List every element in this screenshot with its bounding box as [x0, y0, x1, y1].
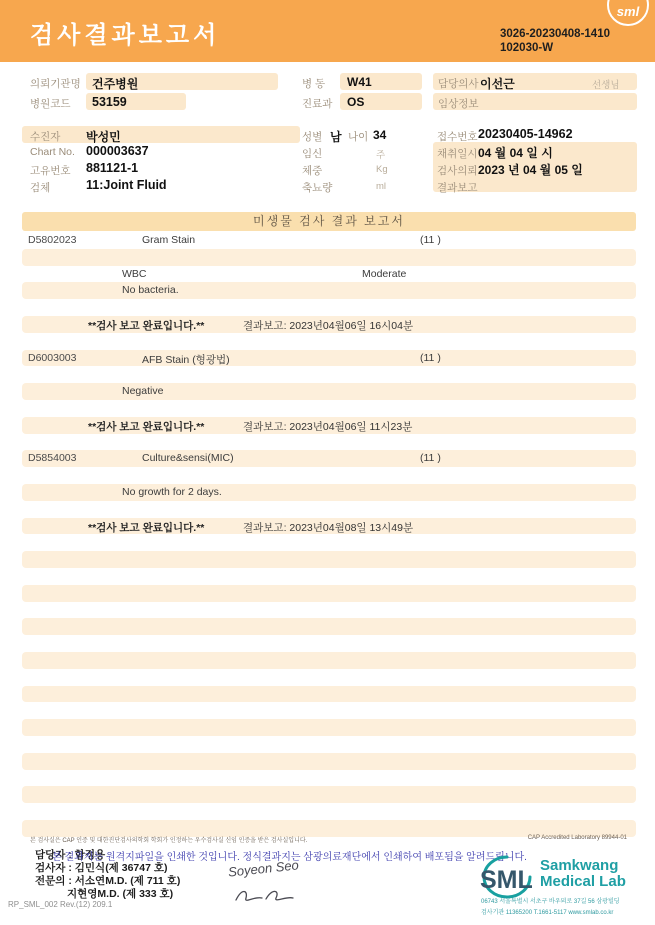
microbiology-report-table: 미생물 검사 결과 보고서 D5802023Gram Stain(11 )WBC… — [22, 212, 636, 837]
sml-address: 06743 서울특별시 서초구 바우뫼로 37길 56 삼광빌딩 — [481, 896, 620, 905]
test-name: Culture&sensi(MIC) — [142, 452, 234, 464]
report-datetime: 결과보고: 2023년04월08일 13시49분 — [243, 520, 413, 535]
table-row: **검사 보고 완료입니다.**결과보고: 2023년04월06일 16시04분 — [22, 316, 636, 333]
table-row: WBCModerate — [22, 266, 636, 283]
table-row — [22, 249, 636, 266]
patient-label: 수진자 — [30, 129, 60, 144]
patient-value: 박성민 — [86, 128, 121, 145]
complete-message: **검사 보고 완료입니다.** — [88, 318, 204, 333]
weight-label: 체중 — [302, 163, 322, 178]
result-text: No bacteria. — [122, 284, 179, 296]
sml-contact: 검사기관 11365200 T.1661-5117 www.smlab.co.k… — [481, 907, 613, 916]
table-row — [22, 770, 636, 787]
test-name: Gram Stain — [142, 234, 195, 246]
chart-value: 000003637 — [86, 144, 149, 158]
specimen-value: 11:Joint Fluid — [86, 178, 167, 192]
hosp-code-value: 53159 — [92, 95, 127, 109]
table-row — [22, 400, 636, 417]
table-row — [22, 702, 636, 719]
document-number-line1: 3026-20230408-1410 — [500, 27, 610, 41]
complete-message: **검사 보고 완료입니다.** — [88, 419, 204, 434]
table-row — [22, 551, 636, 568]
test-code: D5802023 — [28, 234, 76, 246]
cap-accreditation-text: 본 검사실은 CAP 인증 및 대한진단검사의학회 학회가 인정하는 우수검사실… — [30, 835, 307, 844]
table-row — [22, 753, 636, 770]
complete-message: **검사 보고 완료입니다.** — [88, 520, 204, 535]
sml-circle-icon: sml — [607, 0, 649, 26]
signature-scribble-icon — [232, 886, 296, 906]
table-row: D6003003AFB Stain (형광법)(11 ) — [22, 350, 636, 367]
table-row — [22, 618, 636, 635]
sex-value: 남 — [330, 128, 342, 145]
sml-lab-name-line1: Samkwang — [540, 858, 626, 874]
report-datetime: 결과보고: 2023년04월06일 11시23분 — [243, 419, 412, 434]
table-row — [22, 803, 636, 820]
clinical-label: 임상정보 — [438, 96, 479, 111]
table-row — [22, 585, 636, 602]
patient-band — [22, 126, 300, 143]
org-label: 의뢰기관명 — [30, 76, 81, 91]
table-row — [22, 501, 636, 518]
table-row — [22, 635, 636, 652]
pregnancy-unit: 주 — [376, 147, 385, 161]
table-row — [22, 467, 636, 484]
uid-value: 881121-1 — [86, 161, 138, 175]
table-row: **검사 보고 완료입니다.**결과보고: 2023년04월08일 13시49분 — [22, 518, 636, 535]
hosp-code-label: 병원코드 — [30, 96, 71, 111]
chart-label: Chart No. — [30, 146, 75, 158]
specimen-label: 검체 — [30, 180, 50, 195]
urine-unit: ml — [376, 181, 386, 192]
table-row: **검사 보고 완료입니다.**결과보고: 2023년04월06일 11시23분 — [22, 417, 636, 434]
table-row — [22, 366, 636, 383]
table-row — [22, 434, 636, 451]
age-value: 34 — [373, 128, 386, 142]
table-row: No bacteria. — [22, 282, 636, 299]
result-text: WBC — [122, 268, 147, 280]
age-label: 나이 — [348, 129, 368, 144]
report-date-label: 결과보고 — [437, 180, 478, 195]
table-row — [22, 686, 636, 703]
table-row — [22, 333, 636, 350]
form-code: RP_SML_002 Rev.(12) 209.1 — [8, 900, 112, 909]
table-row — [22, 299, 636, 316]
pregnancy-label: 임신 — [302, 146, 322, 161]
document-number: 3026-20230408-1410 102030-W — [500, 27, 610, 55]
report-rows: D5802023Gram Stain(11 )WBCModerateNo bac… — [22, 232, 636, 837]
sml-lab-name: Samkwang Medical Lab — [540, 858, 626, 890]
table-row: Negative — [22, 383, 636, 400]
sml-lab-name-line2: Medical Lab — [540, 874, 626, 890]
svg-text:SML: SML — [480, 866, 533, 894]
ward-label: 병 동 — [302, 76, 325, 91]
collect-label: 채취일시 — [437, 146, 478, 161]
table-row — [22, 669, 636, 686]
table-row: No growth for 2 days. — [22, 484, 636, 501]
table-row — [22, 786, 636, 803]
dept-label: 진료과 — [302, 96, 332, 111]
sex-label: 성별 — [302, 129, 322, 144]
lab-report-page: 검사결과보고서 3026-20230408-1410 102030-W sml … — [0, 0, 655, 925]
document-number-line2: 102030-W — [500, 41, 610, 55]
table-row: D5854003Culture&sensi(MIC)(11 ) — [22, 450, 636, 467]
urine-label: 축뇨량 — [302, 180, 332, 195]
sml-badge-text: sml — [609, 4, 647, 19]
uid-label: 고유번호 — [30, 163, 71, 178]
table-row — [22, 652, 636, 669]
request-value: 2023 년 04 월 05 일 — [478, 161, 583, 178]
table-row — [22, 736, 636, 753]
dept-value: OS — [347, 95, 364, 109]
specialist-line-2: 지현영M.D. (제 333 호) — [67, 886, 173, 901]
report-datetime: 결과보고: 2023년04월06일 16시04분 — [243, 318, 413, 333]
doctor-suffix: 선생님 — [592, 77, 620, 91]
page-title: 검사결과보고서 — [30, 15, 220, 50]
test-code: D6003003 — [28, 352, 76, 364]
cap-accreditation-number: CAP Accredited Laboratory 89944-01 — [528, 835, 627, 841]
request-label: 검사의뢰 — [437, 163, 478, 178]
doctor-label: 담당의사 — [438, 76, 479, 91]
specimen-code: (11 ) — [420, 234, 441, 246]
org-value: 건주병원 — [92, 75, 138, 92]
result-value: Moderate — [362, 268, 406, 280]
table-row — [22, 534, 636, 551]
doctor-value: 이선근 — [480, 75, 515, 92]
table-row — [22, 602, 636, 619]
test-name: AFB Stain (형광법) — [142, 352, 230, 367]
specimen-code: (11 ) — [420, 352, 441, 364]
table-row: D5802023Gram Stain(11 ) — [22, 232, 636, 249]
sml-logo-icon: SML — [478, 854, 536, 900]
test-code: D5854003 — [28, 452, 76, 464]
specimen-code: (11 ) — [420, 452, 441, 464]
table-row — [22, 568, 636, 585]
table-title: 미생물 검사 결과 보고서 — [22, 212, 636, 231]
header-bar: 검사결과보고서 3026-20230408-1410 102030-W sml — [0, 0, 655, 62]
result-text: Negative — [122, 385, 163, 397]
receipt-value: 20230405-14962 — [478, 127, 573, 141]
collect-value: 04 월 04 일 시 — [478, 144, 553, 161]
result-text: No growth for 2 days. — [122, 486, 222, 498]
weight-unit: Kg — [376, 164, 388, 175]
ward-value: W41 — [347, 75, 372, 89]
table-row — [22, 719, 636, 736]
